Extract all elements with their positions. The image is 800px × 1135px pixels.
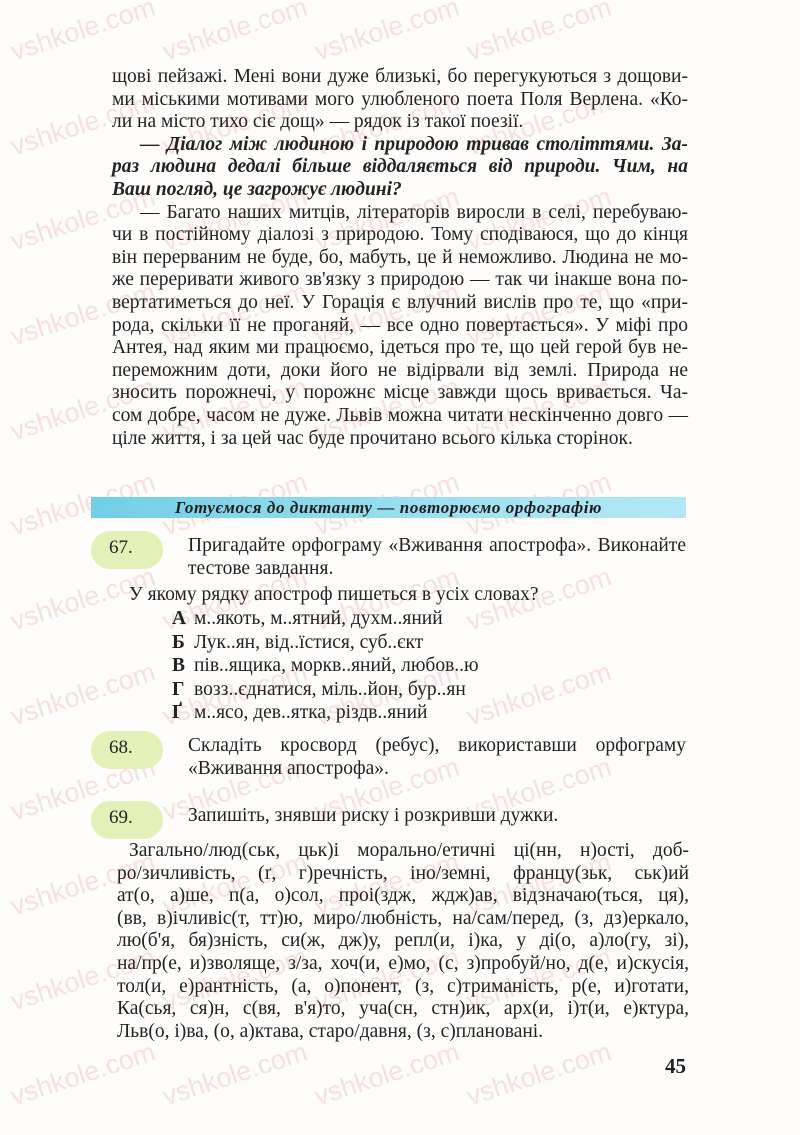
text-line: — Діалог між людиною і природою тривав с… bbox=[112, 134, 688, 157]
task-number-badge: 67. bbox=[91, 531, 163, 569]
option-g: Ґм..ясо, дев..ятка, різдв..яний bbox=[172, 701, 479, 725]
task-number-badge: 69. bbox=[91, 801, 163, 839]
section-heading-band: Готуємося до диктанту — повторюємо орфог… bbox=[91, 497, 686, 518]
task-number-badge: 68. bbox=[91, 731, 163, 769]
option-v: Впів..ящика, моркв..яний, любов..ю bbox=[172, 654, 479, 678]
watermark-text: vshkole.com bbox=[463, 0, 615, 67]
text-line: «Вживання апострофа». bbox=[188, 758, 686, 781]
option-letter: Г bbox=[172, 678, 194, 702]
task-instruction: Запишіть, знявши риску і розкривши дужки… bbox=[188, 805, 686, 828]
text-line: ли на місто тихо сіє дощ» — рядок із так… bbox=[112, 111, 688, 134]
option-text: Лук..ян, від..їстися, суб..єкт bbox=[194, 632, 423, 653]
text-line: Льв(о, і)ва, (о, а)ктава, старо/давня, (… bbox=[117, 1021, 689, 1044]
text-line: ціле життя, і за цей час буде прочитано … bbox=[112, 428, 688, 451]
text-line: вертатиметься до неї. У Горація є влучни… bbox=[112, 292, 688, 315]
watermark-text: vshkole.com bbox=[7, 657, 159, 733]
test-options: Ам..якоть, м..ятний, духм..яний БЛук..ян… bbox=[172, 607, 479, 725]
option-text: пів..ящика, моркв..яний, любов..ю bbox=[194, 655, 479, 676]
intro-paragraph: щові пейзажі. Мені вони дуже близькі, бо… bbox=[112, 66, 688, 134]
watermark-text: vshkole.com bbox=[463, 657, 615, 733]
watermark-text: vshkole.com bbox=[159, 0, 311, 67]
text-line: ми міськими мотивами мого улюбленого пое… bbox=[112, 89, 688, 112]
watermark-text: vshkole.com bbox=[311, 1037, 463, 1113]
text-line: Пригадайте орфограму «Вживання апострофа… bbox=[188, 535, 686, 558]
option-letter: А bbox=[172, 607, 194, 631]
test-question: У якому рядку апостроф пишеться в усіх с… bbox=[129, 584, 539, 606]
text-line: Антея, над яким ми працюємо, ідеться про… bbox=[112, 337, 688, 360]
interviewer-question: — Діалог між людиною і природою тривав с… bbox=[112, 134, 688, 202]
text-line: ро/зичливість, (ґ, г)речність, іно/земні… bbox=[117, 863, 689, 886]
option-letter: Ґ bbox=[172, 701, 194, 725]
text-line: же переривати живого зв'язку з природою … bbox=[112, 269, 688, 292]
text-line: зносить порожнечі, у порожнє місце завжд… bbox=[112, 382, 688, 405]
option-a: Ам..якоть, м..ятний, духм..яний bbox=[172, 607, 479, 631]
text-line: Запишіть, знявши риску і розкривши дужки… bbox=[188, 805, 686, 828]
text-line: Ка(сья, ся)н, с(вя, в'я)то, уча(сн, стн)… bbox=[117, 998, 689, 1021]
text-line: Ваш погляд, це загрожує людині? bbox=[112, 179, 688, 202]
exercise-text: Загально/люд(ськ, цьк)і морально/етичні … bbox=[117, 840, 689, 1043]
text-line: тестове завдання. bbox=[188, 558, 686, 581]
task-instruction: Складіть кросворд (ребус), використавши … bbox=[188, 735, 686, 780]
text-line: рода, скільки її не проганяй, — все одно… bbox=[112, 315, 688, 338]
answer-paragraph: — Багато наших митців, літераторів вирос… bbox=[112, 202, 688, 451]
text-line: він перерваним не буде, бо, мабуть, це й… bbox=[112, 247, 688, 270]
watermark-text: vshkole.com bbox=[7, 1037, 159, 1113]
task-instruction: Пригадайте орфограму «Вживання апострофа… bbox=[188, 535, 686, 580]
option-b: БЛук..ян, від..їстися, суб..єкт bbox=[172, 631, 479, 655]
text-line: сом добре, часом не дуже. Львів можна чи… bbox=[112, 405, 688, 428]
watermark-text: vshkole.com bbox=[7, 0, 159, 67]
option-text: м..якоть, м..ятний, духм..яний bbox=[194, 608, 443, 629]
text-line: переможним доти, доки його не відірвали … bbox=[112, 360, 688, 383]
page-number: 45 bbox=[665, 1054, 686, 1079]
text-line: (вв, в)ічливіс(т, тт)ю, миро/любність, н… bbox=[117, 908, 689, 931]
option-letter: Б bbox=[172, 631, 194, 655]
text-line: тол(и, е)рантність, (а, о)понент, (з, с)… bbox=[117, 976, 689, 999]
watermark-text: vshkole.com bbox=[311, 0, 463, 67]
interview-text: щові пейзажі. Мені вони дуже близькі, бо… bbox=[112, 66, 688, 450]
option-h: Гвозз..єднатися, міль..йон, бур..ян bbox=[172, 678, 479, 702]
text-line: щові пейзажі. Мені вони дуже близькі, бо… bbox=[112, 66, 688, 89]
text-line: лю(б'я, бя)зність, си(ж, дж)у, репл(и, і… bbox=[117, 930, 689, 953]
text-line: раз людина дедалі більше віддаляється ві… bbox=[112, 156, 688, 179]
text-line: ат(о, а)ше, п(а, о)сол, проі(здж, ждж)ав… bbox=[117, 885, 689, 908]
text-line: — Багато наших митців, літераторів вирос… bbox=[112, 202, 688, 225]
text-line: Складіть кросворд (ребус), використавши … bbox=[188, 735, 686, 758]
option-text: м..ясо, дев..ятка, різдв..яний bbox=[194, 702, 428, 723]
text-line: Загально/люд(ськ, цьк)і морально/етичні … bbox=[117, 840, 689, 863]
text-line: чи в постійному діалозі з природою. Тому… bbox=[112, 224, 688, 247]
section-heading: Готуємося до диктанту — повторюємо орфог… bbox=[175, 498, 602, 517]
text-line: на/пр(е, и)зволяще, з/за, хоч(и, е)мо, (… bbox=[117, 953, 689, 976]
watermark-text: vshkole.com bbox=[463, 1037, 615, 1113]
watermark-text: vshkole.com bbox=[159, 1037, 311, 1113]
option-text: возз..єднатися, міль..йон, бур..ян bbox=[194, 679, 466, 700]
option-letter: В bbox=[172, 654, 194, 678]
